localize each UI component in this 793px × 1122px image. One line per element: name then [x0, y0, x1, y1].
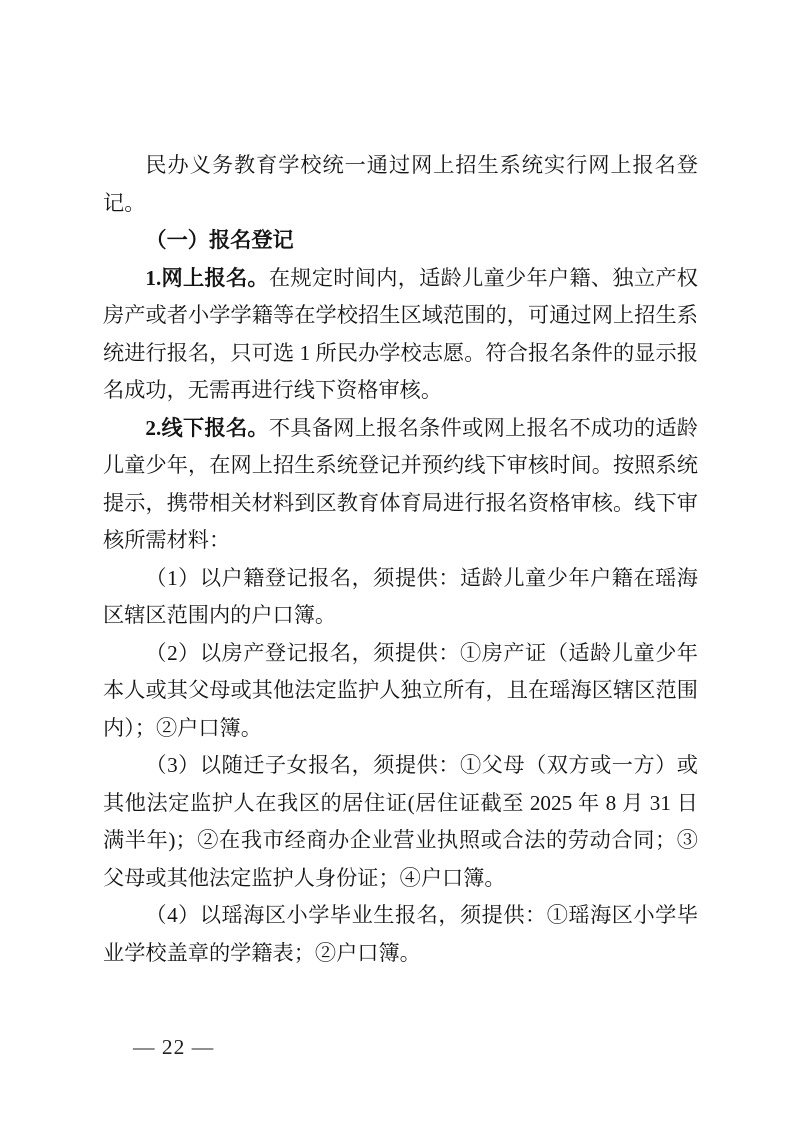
paragraph: （2）以房产登记报名，须提供：①房产证（适龄儿童少年本人或其父母或其他法定监护人…	[103, 635, 698, 748]
paragraph: 2.线下报名。不具备网上报名条件或网上报名不成功的适龄儿童少年，在网上招生系统登…	[103, 410, 698, 560]
paragraph: 1.网上报名。在规定时间内，适龄儿童少年户籍、独立产权房产或者小学学籍等在学校招…	[103, 260, 698, 410]
paragraph: （3）以随迁子女报名，须提供：①父母（双方或一方）或其他法定监护人在我区的居住证…	[103, 747, 698, 897]
paragraph-bold-lead: 2.线下报名。	[145, 416, 269, 440]
document-page: 民办义务教育学校统一通过网上招生系统实行网上报名登记。（一）报名登记1.网上报名…	[0, 0, 793, 1122]
paragraph: （1）以户籍登记报名，须提供：适龄儿童少年户籍在瑶海区辖区范围内的户口簿。	[103, 560, 698, 635]
page-number: — 22 —	[133, 1033, 214, 1061]
paragraph-bold-lead: 1.网上报名。	[145, 266, 269, 290]
section-heading: （一）报名登记	[103, 222, 698, 260]
paragraph: 民办义务教育学校统一通过网上招生系统实行网上报名登记。	[103, 147, 698, 222]
paragraph: （4）以瑶海区小学毕业生报名，须提供：①瑶海区小学毕业学校盖章的学籍表；②户口簿…	[103, 897, 698, 972]
document-body: 民办义务教育学校统一通过网上招生系统实行网上报名登记。（一）报名登记1.网上报名…	[103, 147, 698, 972]
